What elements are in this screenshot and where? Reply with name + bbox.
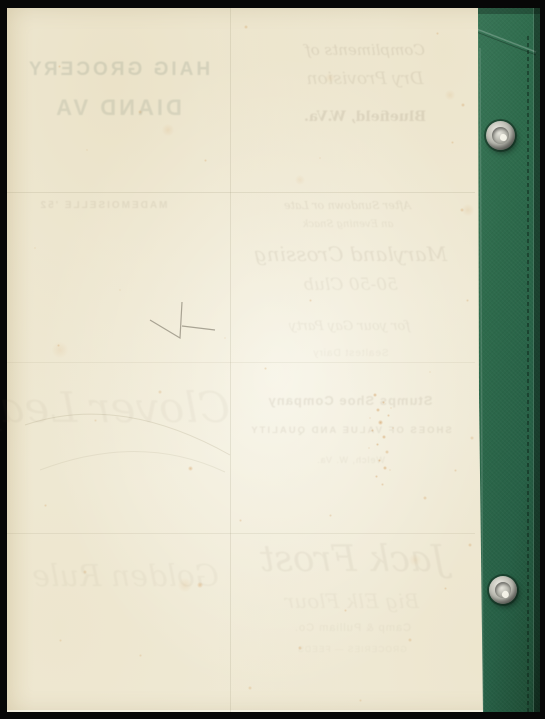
fold-line-vertical (230, 8, 231, 712)
paper-page (7, 8, 540, 712)
binder-strip (472, 8, 540, 712)
snap-fastener-top-inner (492, 127, 509, 144)
snap-fastener-bottom-inner (495, 582, 511, 598)
snap-fastener-top (486, 121, 515, 150)
snap-fastener-bottom (489, 576, 517, 604)
leather-grain-texture (472, 8, 540, 712)
scanned-page: HAIG GROCERY DIAND VA Compliments of Dry… (0, 0, 545, 719)
snap-fastener-top-highlight (499, 133, 508, 142)
fold-line-horizontal-1 (7, 192, 475, 193)
fold-line-horizontal-3 (7, 533, 475, 534)
snap-fastener-bottom-highlight (501, 590, 511, 600)
fold-line-horizontal-2 (7, 362, 475, 363)
